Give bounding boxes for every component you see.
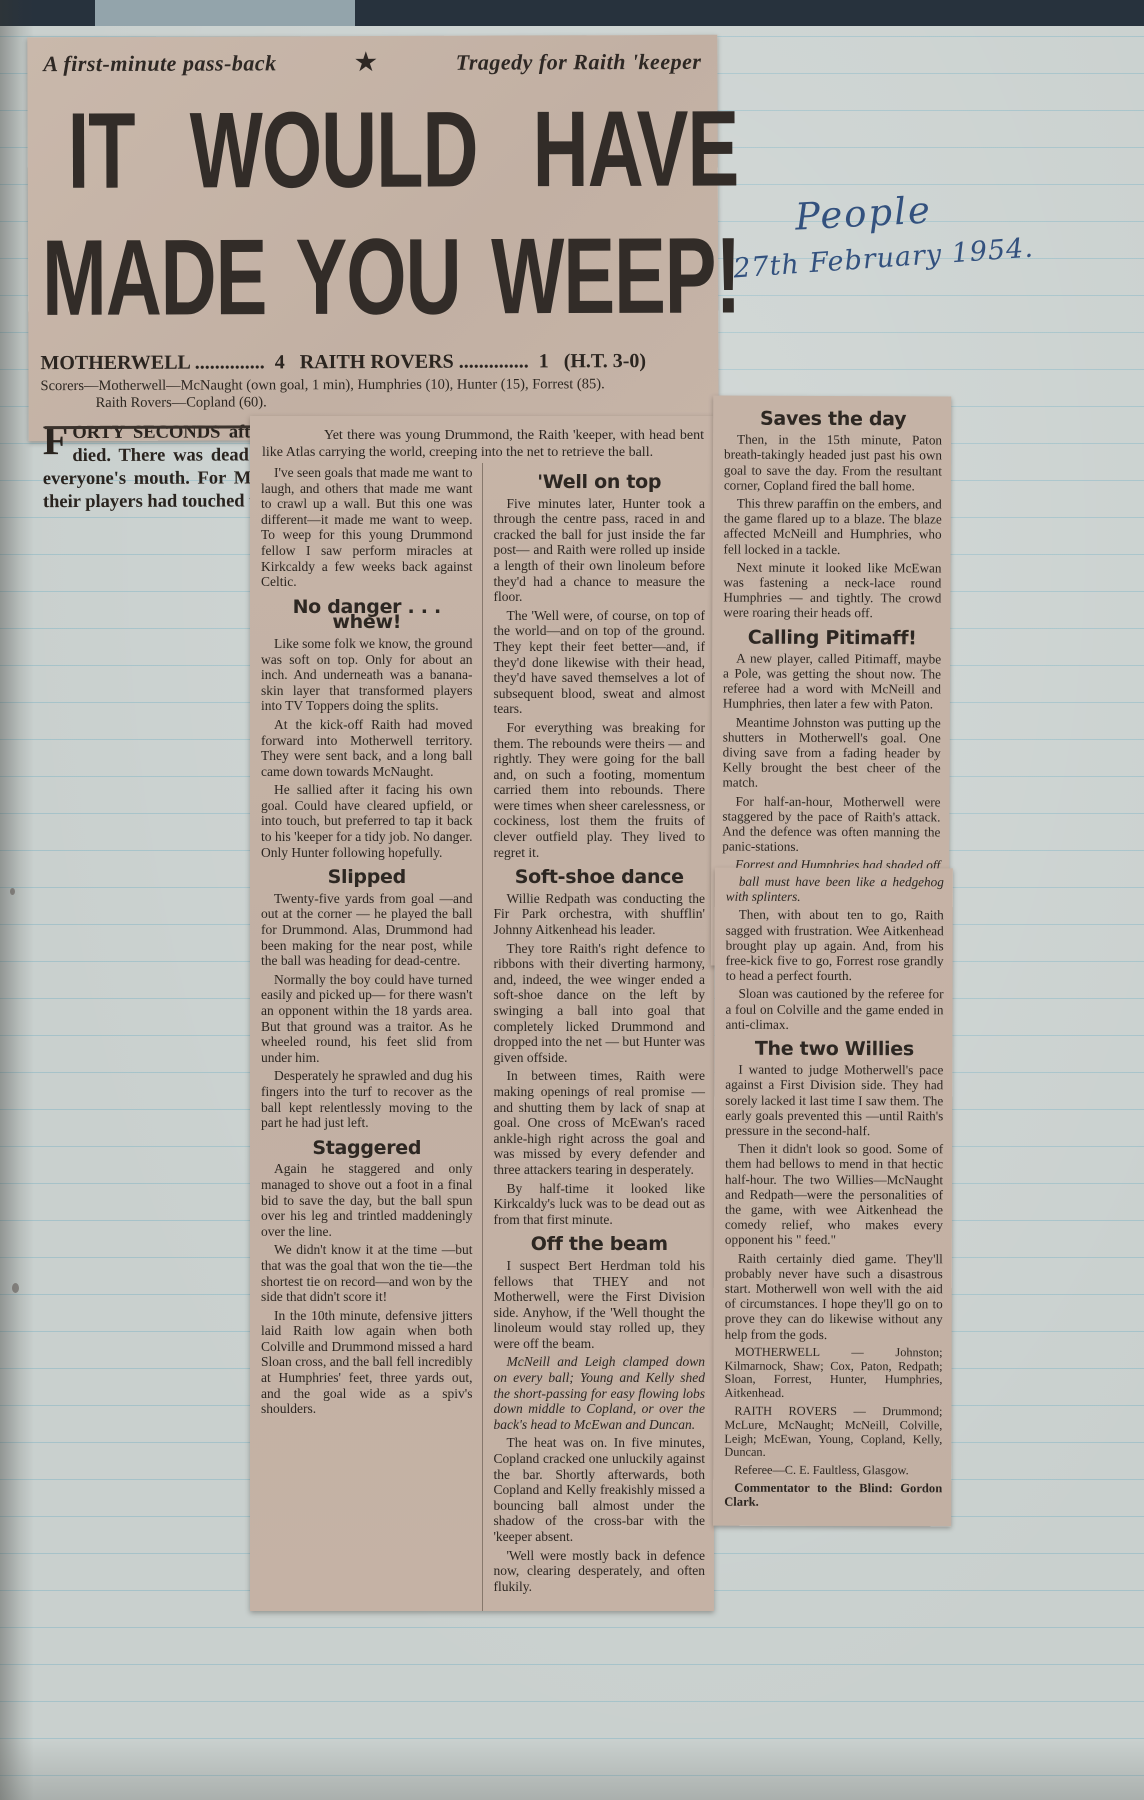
article-paragraph: The 'Well were, of course, on top of the…: [494, 608, 706, 717]
article-paragraph: RAITH ROVERS — Drummond; McLure, McNaugh…: [724, 1405, 942, 1461]
article-paragraph: McNeill and Leigh clamped down on every …: [494, 1354, 706, 1432]
headline-line-2: MADE YOU WEEP!: [42, 214, 741, 340]
article-paragraph: Again he staggered and only managed to s…: [261, 1161, 473, 1239]
main-headline: IT WOULD HAVE MADE YOU WEEP!: [27, 76, 718, 322]
paper-smudge: [10, 888, 15, 895]
article-subhead: The two Willies: [725, 1042, 943, 1058]
article-subhead: No danger . . . whew!: [261, 600, 473, 631]
article-paragraph: In the 10th minute, defensive jitters la…: [261, 1308, 473, 1417]
headline-line-1: IT WOULD HAVE: [67, 87, 738, 213]
article-paragraph: I wanted to judge Motherwell's pace agai…: [725, 1062, 943, 1139]
article-paragraph: Meantime Johnston was putting up the shu…: [723, 714, 941, 791]
article-paragraph: Desperately he sprawled and dug his fing…: [261, 1068, 473, 1130]
article-paragraph: Then, in the 15th minute, Paton breath-t…: [724, 432, 942, 494]
scrapbook-page: People 27th February 1954. A first-minut…: [0, 0, 1144, 1800]
paper-smudge: [12, 1283, 19, 1293]
article-paragraph: 'Well were mostly back in defence now, c…: [494, 1548, 706, 1595]
article-column-middle: 'Well on topFive minutes later, Hunter t…: [482, 463, 715, 1611]
article-paragraph: I've seen goals that made me want to lau…: [261, 465, 473, 590]
article-paragraph: He sallied after it facing his own goal.…: [261, 782, 473, 860]
article-paragraph: The heat was on. In five minutes, Coplan…: [494, 1435, 706, 1544]
article-paragraph: Commentator to the Blind: Gordon Clark.: [724, 1481, 942, 1510]
scorers: Scorers—Motherwell—McNaught (own goal, 1…: [28, 373, 718, 412]
kicker-right: Tragedy for Raith 'keeper: [456, 49, 702, 76]
article-subhead: Off the beam: [494, 1237, 706, 1253]
article-paragraph: ball must have been like a hedgehog with…: [726, 874, 944, 905]
star-icon: ★: [347, 48, 385, 77]
article-columns: I've seen goals that made me want to lau…: [250, 463, 714, 1611]
article-paragraph: We didn't know it at the time —but that …: [261, 1242, 473, 1304]
article-paragraph: Then it didn't look so good. Some of the…: [725, 1141, 943, 1248]
article-paragraph: Raith certainly died game. They'll proba…: [725, 1250, 943, 1342]
article-paragraph: A new player, called Pitimaff, maybe a P…: [723, 650, 941, 712]
page-bottom-shadow: [0, 1740, 1144, 1800]
kicker-left: A first-minute pass-back: [43, 50, 276, 77]
handwritten-source: People: [794, 188, 933, 238]
article-paragraph: This threw paraffin on the embers, and t…: [724, 496, 942, 558]
article-paragraph: By half-time it looked like Kirkcaldy's …: [494, 1181, 706, 1228]
article-paragraph: Normally the boy could have turned easil…: [261, 972, 473, 1066]
article-paragraph: I suspect Bert Herdman told his fellows …: [494, 1258, 706, 1352]
article-subhead: 'Well on top: [494, 475, 706, 491]
article-paragraph: Sloan was cautioned by the referee for a…: [725, 986, 943, 1032]
article-paragraph: Then, with about ten to go, Raith sagged…: [726, 907, 944, 984]
article-paragraph: Twenty-five yards from goal —and out at …: [261, 891, 473, 969]
article-paragraph: Referee—C. E. Faultless, Glasgow.: [724, 1464, 942, 1478]
article-paragraph: Willie Redpath was conducting the Fir Pa…: [494, 891, 706, 938]
article-column-left: I've seen goals that made me want to lau…: [250, 463, 482, 1434]
article-paragraph: Five minutes later, Hunter took a throug…: [494, 496, 706, 605]
article-subhead: Soft-shoe dance: [494, 870, 706, 886]
leadin-text: Yet there was young Drummond, the Raith …: [262, 428, 704, 461]
article-column-right-bottom: ball must have been like a hedgehog with…: [713, 868, 953, 1527]
handwritten-date: 27th February 1954.: [732, 233, 1035, 285]
page-top-edge-highlight: [95, 0, 355, 26]
article-clipping-right-bottom: ball must have been like a hedgehog with…: [713, 868, 953, 1527]
article-paragraph: MOTHERWELL — Johnston; Kilmarnock, Shaw;…: [724, 1346, 942, 1402]
article-paragraph: Like some folk we know, the ground was s…: [261, 636, 473, 714]
article-subhead: Slipped: [261, 870, 473, 886]
article-paragraph: They tore Raith's right defence to ribbo…: [494, 941, 706, 1066]
article-paragraph: Next minute it looked like McEwan was fa…: [723, 559, 941, 621]
article-subhead: Calling Pitimaff!: [723, 630, 941, 646]
article-paragraph: For everything was breaking for them. Th…: [494, 720, 706, 860]
article-subhead: Saves the day: [724, 412, 942, 428]
drop-cap: F: [43, 424, 69, 458]
article-subhead: Staggered: [261, 1141, 473, 1157]
leadin-paragraph: Yet there was young Drummond, the Raith …: [250, 416, 714, 463]
article-paragraph: At the kick-off Raith had moved forward …: [261, 717, 473, 779]
headline-clipping: A first-minute pass-back ★ Tragedy for R…: [27, 35, 718, 441]
article-paragraph: For half-an-hour, Motherwell were stagge…: [722, 793, 940, 855]
article-paragraph: In between times, Raith were making open…: [494, 1068, 706, 1177]
kicker-row: A first-minute pass-back ★ Tragedy for R…: [27, 35, 717, 78]
article-clipping-main: Yet there was young Drummond, the Raith …: [250, 416, 714, 1611]
